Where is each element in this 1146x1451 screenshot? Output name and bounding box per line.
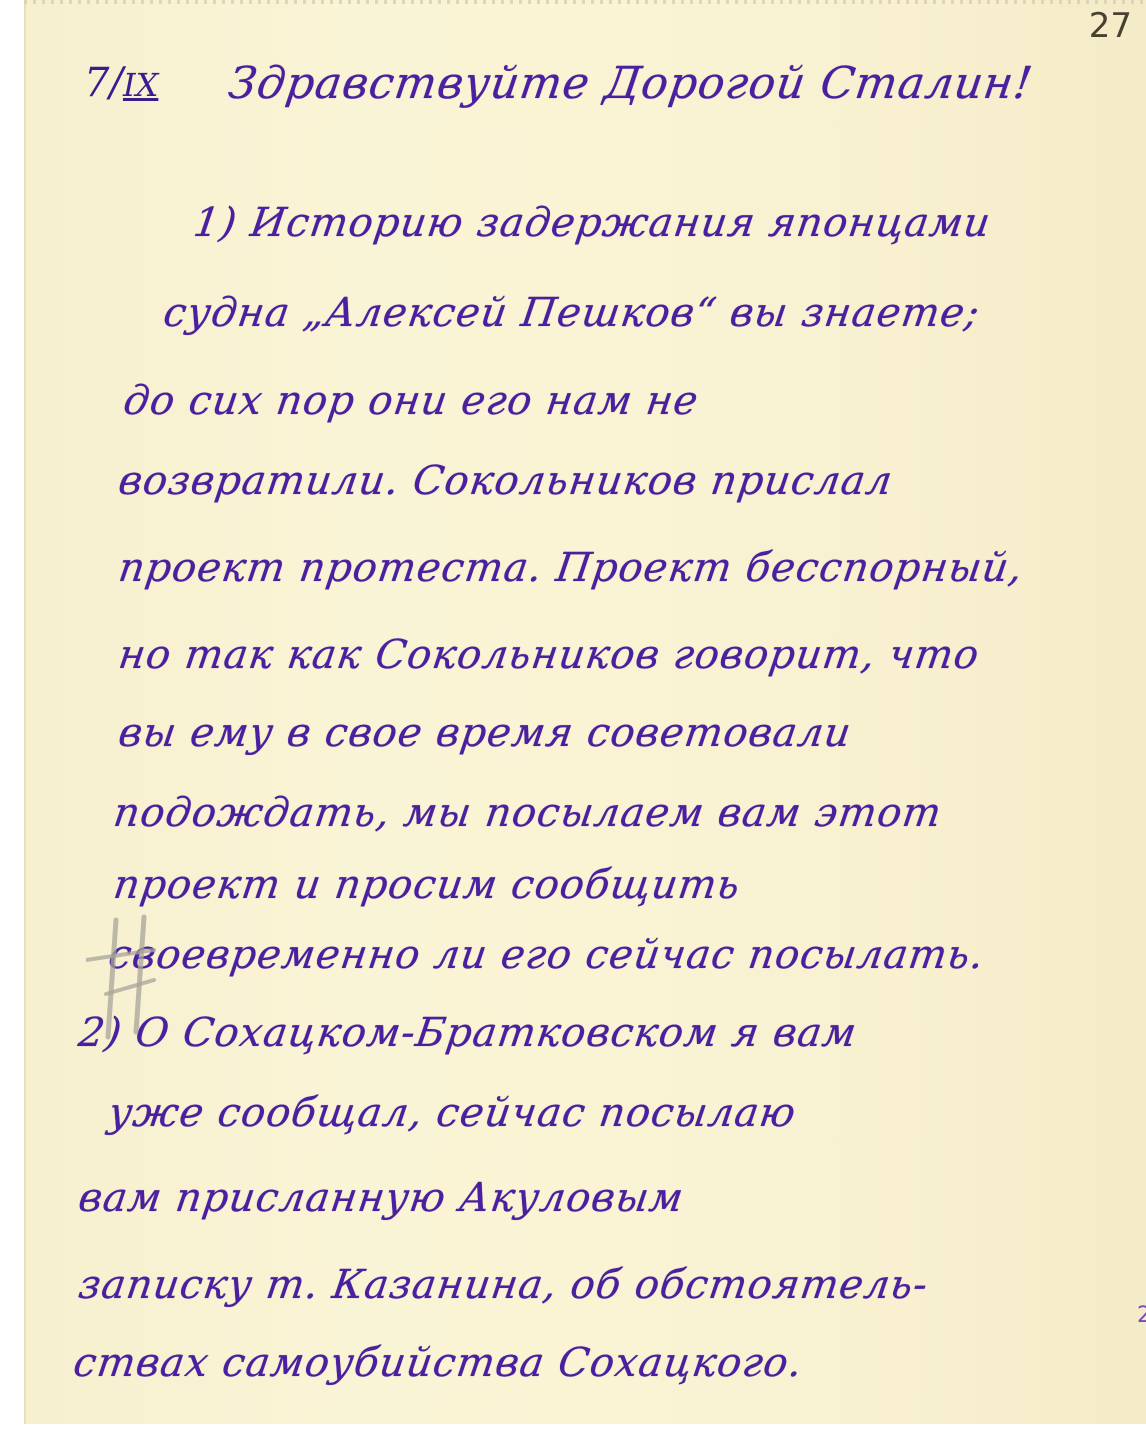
perforated-edge — [24, 0, 1146, 4]
pencil-hash-mark-icon — [86, 912, 156, 1042]
letter-line-13: вам присланную Акуловым — [76, 1175, 687, 1221]
archive-page-number: 27 — [1089, 6, 1132, 46]
letter-line-11: 2) О Сохацком-Братковском я вам — [76, 1010, 860, 1056]
footnote-mark: 2 — [1137, 1303, 1146, 1328]
greeting: Здравствуйте Дорогой Сталин! — [225, 58, 1036, 109]
date-month: IX — [123, 66, 158, 104]
letter-line-15: ствах самоубийства Сохацкого. — [71, 1340, 806, 1386]
letter-line-10: своевременно ли его сейчас посылать. — [106, 932, 988, 978]
date-mark: 7/IX — [84, 60, 158, 106]
letter-line-6: но так как Сокольников говорит, что — [116, 632, 983, 678]
letter-line-1: 1) Историю задержания японцами — [191, 200, 994, 246]
date-day: 7/ — [84, 60, 123, 106]
letter-line-7: вы ему в свое время советовали — [116, 710, 855, 756]
letter-line-4: возвратили. Сокольников прислал — [116, 458, 896, 504]
letter-line-5: проект протеста. Проект бесспорный, — [116, 545, 1026, 591]
letter-line-3: до сих пор они его нам не — [121, 378, 702, 424]
letter-line-9: проект и просим сообщить — [111, 862, 744, 908]
letter-line-2: судна „Алексей Пешков“ вы знаете; — [161, 290, 983, 336]
letter-line-14: записку т. Казанина, об обстоятель- — [76, 1262, 931, 1308]
letter-line-12: уже сообщал, сейчас посылаю — [106, 1090, 799, 1136]
letter-page: 27 7/IX Здравствуйте Дорогой Сталин! 1) … — [24, 0, 1146, 1424]
letter-line-8: подождать, мы посылаем вам этот — [111, 790, 945, 836]
